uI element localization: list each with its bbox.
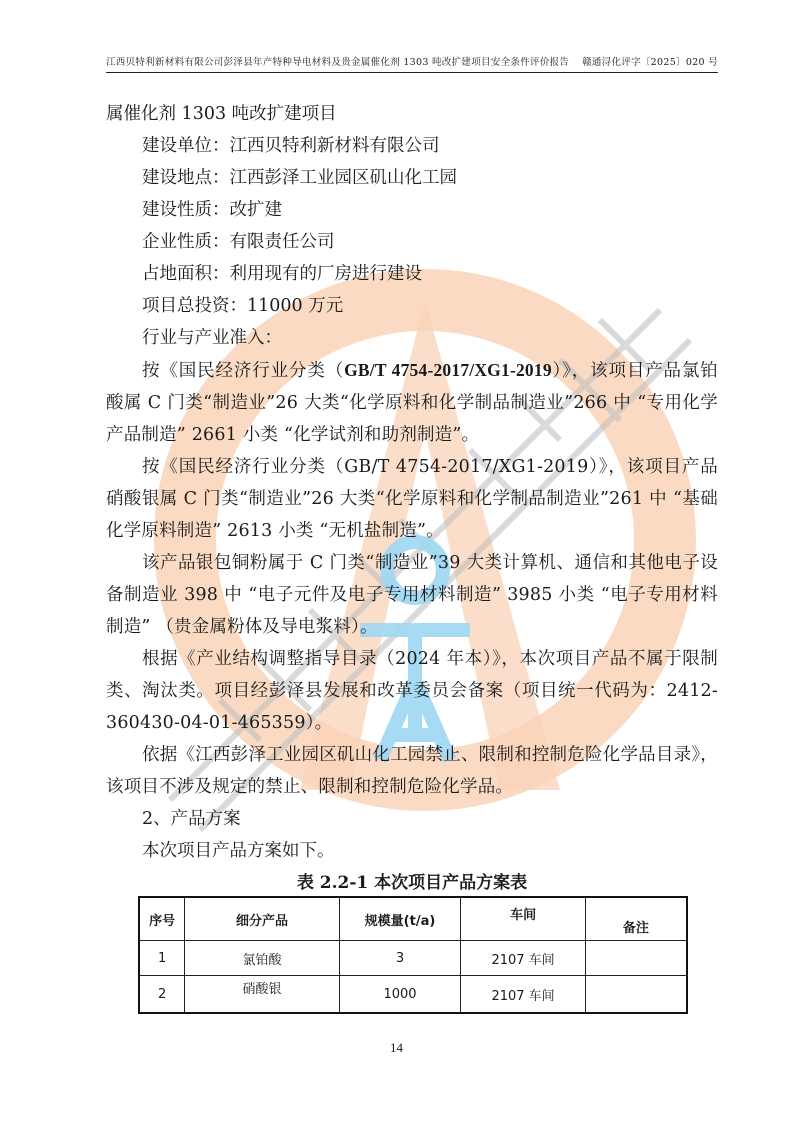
column-header-product: 细分产品 — [185, 897, 339, 941]
column-header-index: 序号 — [139, 897, 185, 941]
cell-index: 1 — [139, 941, 185, 976]
cell-workshop: 2107 车间 — [461, 976, 586, 1014]
cell-workshop: 2107 车间 — [461, 941, 586, 976]
field-construction-unit: 建设单位：江西贝特利新材料有限公司 — [106, 130, 718, 162]
cell-product: 硝酸银 — [185, 976, 339, 1014]
industry-heading: 行业与产业准入： — [106, 322, 718, 354]
cell-remarks — [585, 976, 687, 1014]
title-continuation: 属催化剂 1303 吨改扩建项目 — [106, 98, 718, 130]
field-label: 占地面积： — [142, 264, 230, 284]
table-header-row: 序号 细分产品 规模量(t/a) 车间 备注 — [139, 897, 687, 941]
field-label: 企业性质： — [142, 232, 230, 252]
field-label: 项目总投资： — [142, 296, 247, 316]
para1-standard-code: GB/T 4754-2017/XG1-2019 — [344, 360, 552, 380]
cell-product: 氯铂酸 — [185, 941, 339, 976]
page-number: 14 — [0, 1040, 793, 1056]
page-header: 江西贝特利新材料有限公司彭泽县年产特种导电材料及贵金属催化剂 1303 吨改扩建… — [106, 56, 718, 73]
column-header-capacity: 规模量(t/a) — [339, 897, 461, 941]
cell-capacity: 1000 — [339, 976, 461, 1014]
field-value: 改扩建 — [230, 200, 283, 220]
field-label: 建设性质： — [142, 200, 230, 220]
product-plan-table: 序号 细分产品 规模量(t/a) 车间 备注 1 氯铂酸 3 2107 车间 2… — [138, 896, 688, 1014]
header-report-title: 江西贝特利新材料有限公司彭泽县年产特种导电材料及贵金属催化剂 1303 吨改扩建… — [106, 56, 569, 72]
table-caption: 表 2.2-1 本次项目产品方案表 — [106, 868, 718, 893]
paragraph-chloroplatinic-acid: 按《国民经济行业分类（GB/T 4754-2017/XG1-2019）》，该项目… — [106, 354, 718, 451]
section-intro: 本次项目产品方案如下。 — [106, 835, 718, 867]
field-value: 江西彭泽工业园区矶山化工园 — [230, 168, 458, 188]
field-construction-nature: 建设性质：改扩建 — [106, 194, 718, 226]
para1-pre: 按《国民经济行业分类（ — [142, 361, 344, 381]
header-report-number: 赣通浔化评字〔2025〕020 号 — [582, 56, 718, 72]
document-body: 属催化剂 1303 吨改扩建项目 建设单位：江西贝特利新材料有限公司 建设地点：… — [106, 98, 718, 867]
cell-remarks — [585, 941, 687, 976]
paragraph-silver-coated-copper: 该产品银包铜粉属于 C 门类“制造业”39 大类计算机、通信和其他电子设备制造业… — [106, 547, 718, 643]
field-land-area: 占地面积：利用现有的厂房进行建设 — [106, 258, 718, 290]
field-enterprise-nature: 企业性质：有限责任公司 — [106, 226, 718, 258]
field-value: 11000 万元 — [247, 296, 343, 316]
field-construction-site: 建设地点：江西彭泽工业园区矶山化工园 — [106, 162, 718, 194]
cell-capacity: 3 — [339, 941, 461, 976]
table-row: 2 硝酸银 1000 2107 车间 — [139, 976, 687, 1014]
field-value: 利用现有的厂房进行建设 — [230, 264, 423, 284]
field-value: 江西贝特利新材料有限公司 — [230, 136, 440, 156]
paragraph-silver-nitrate: 按《国民经济行业分类（GB/T 4754-2017/XG1-2019）》，该项目… — [106, 451, 718, 547]
paragraph-industrial-catalogue: 根据《产业结构调整指导目录（2024 年本）》，本次项目产品不属于限制类、淘汰类… — [106, 643, 718, 739]
section-heading: 2、产品方案 — [106, 803, 718, 835]
paragraph-hazardous-chemicals: 依据《江西彭泽工业园区矶山化工园禁止、限制和控制危险化学品目录》，该项目不涉及规… — [106, 739, 718, 803]
table-row: 1 氯铂酸 3 2107 车间 — [139, 941, 687, 976]
field-total-investment: 项目总投资：11000 万元 — [106, 290, 718, 322]
field-label: 建设地点： — [142, 168, 230, 188]
field-label: 建设单位： — [142, 136, 230, 156]
field-value: 有限责任公司 — [230, 232, 335, 252]
column-header-remarks: 备注 — [585, 897, 687, 941]
cell-index: 2 — [139, 976, 185, 1014]
column-header-workshop: 车间 — [461, 897, 586, 941]
